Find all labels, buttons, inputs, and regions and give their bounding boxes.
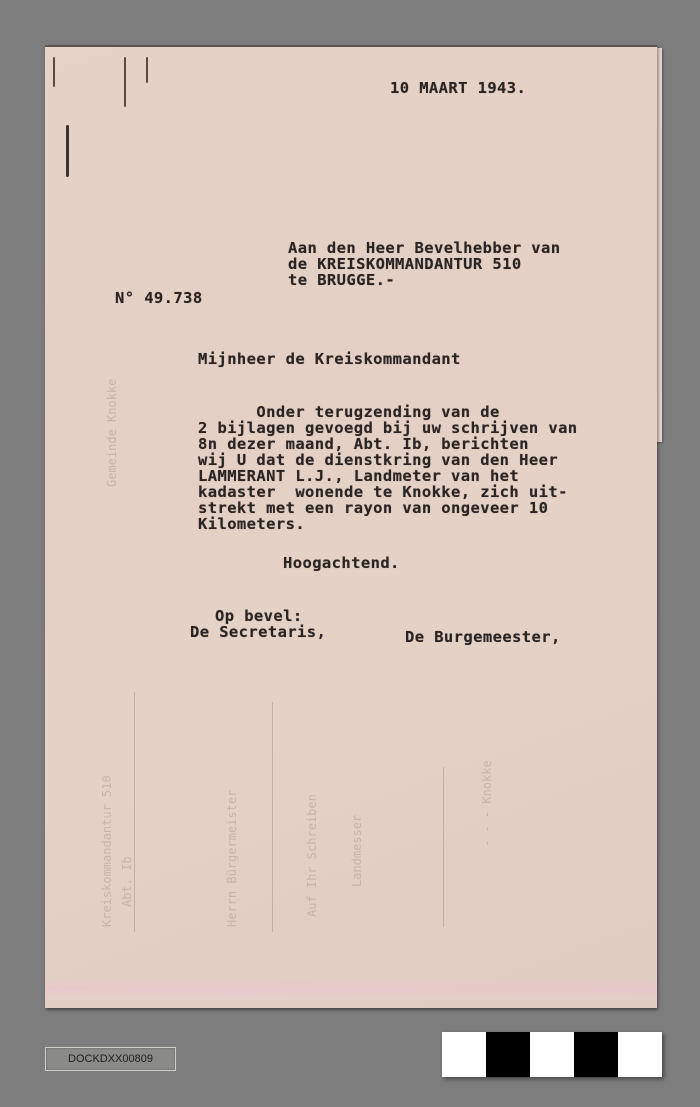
letter-date: 10 MAART 1943. <box>390 80 526 96</box>
bleed-through-rule <box>134 692 135 932</box>
scale-segment-white <box>530 1032 574 1077</box>
reference-number: N° 49.738 <box>115 290 203 306</box>
bleed-through-text: Abt. Ib <box>120 856 134 907</box>
body-line: 2 bijlagen gevoegd bij uw schrijven van <box>198 420 578 436</box>
punch-mark <box>124 57 126 107</box>
catalog-id: DOCKDXX00809 <box>68 1053 153 1065</box>
scale-segment-white <box>618 1032 662 1077</box>
body-line: LAMMERANT L.J., Landmeter van het <box>198 468 519 484</box>
bleed-through-text: Landmesser <box>350 815 364 887</box>
mayor-signature-line: De Burgemeester, <box>405 629 561 645</box>
addressee-line: te BRUGGE.- <box>288 272 395 288</box>
bleed-through-text: Kreiskommandantur 510 <box>100 775 114 927</box>
body-line: 8n dezer maand, Abt. Ib, berichten <box>198 436 529 452</box>
bleed-through-text: Auf Ihr Schreiben <box>305 794 319 917</box>
bleed-through-rule <box>443 767 444 927</box>
color-scale-bar <box>442 1032 662 1077</box>
letter-page: Kreiskommandantur 510 Abt. Ib Herrn Bürg… <box>45 45 657 1008</box>
archive-catalog-label: DOCKDXX00809 <box>45 1047 176 1071</box>
addressee-line: de KREISKOMMANDANTUR 510 <box>288 256 522 272</box>
body-line: Onder terugzending van de <box>198 404 500 420</box>
order-line: Op bevel: <box>215 608 303 624</box>
staple-icon <box>66 125 69 177</box>
body-line: Kilometers. <box>198 516 305 532</box>
bleed-through-text: Herrn Bürgermeister <box>225 790 239 927</box>
punch-mark <box>53 57 55 87</box>
bleed-through-rule <box>272 702 273 932</box>
salutation: Mijnheer de Kreiskommandant <box>198 351 461 367</box>
scale-segment-black <box>486 1032 530 1077</box>
punch-mark <box>146 57 148 83</box>
secretary-signature-line: De Secretaris, <box>190 624 326 640</box>
body-line: strekt met een rayon van ongeveer 10 <box>198 500 548 516</box>
scale-segment-black <box>574 1032 618 1077</box>
closing: Hoogachtend. <box>283 555 400 571</box>
addressee-line: Aan den Heer Bevelhebber van <box>288 240 561 256</box>
bleed-through-text: Gemeinde Knokke <box>105 379 119 487</box>
bleed-through-text: - - - Knokke <box>480 760 494 847</box>
body-line: wij U dat de dienstkring van den Heer <box>198 452 558 468</box>
scale-segment-white <box>442 1032 486 1077</box>
body-line: kadaster wonende te Knokke, zich uit- <box>198 484 568 500</box>
